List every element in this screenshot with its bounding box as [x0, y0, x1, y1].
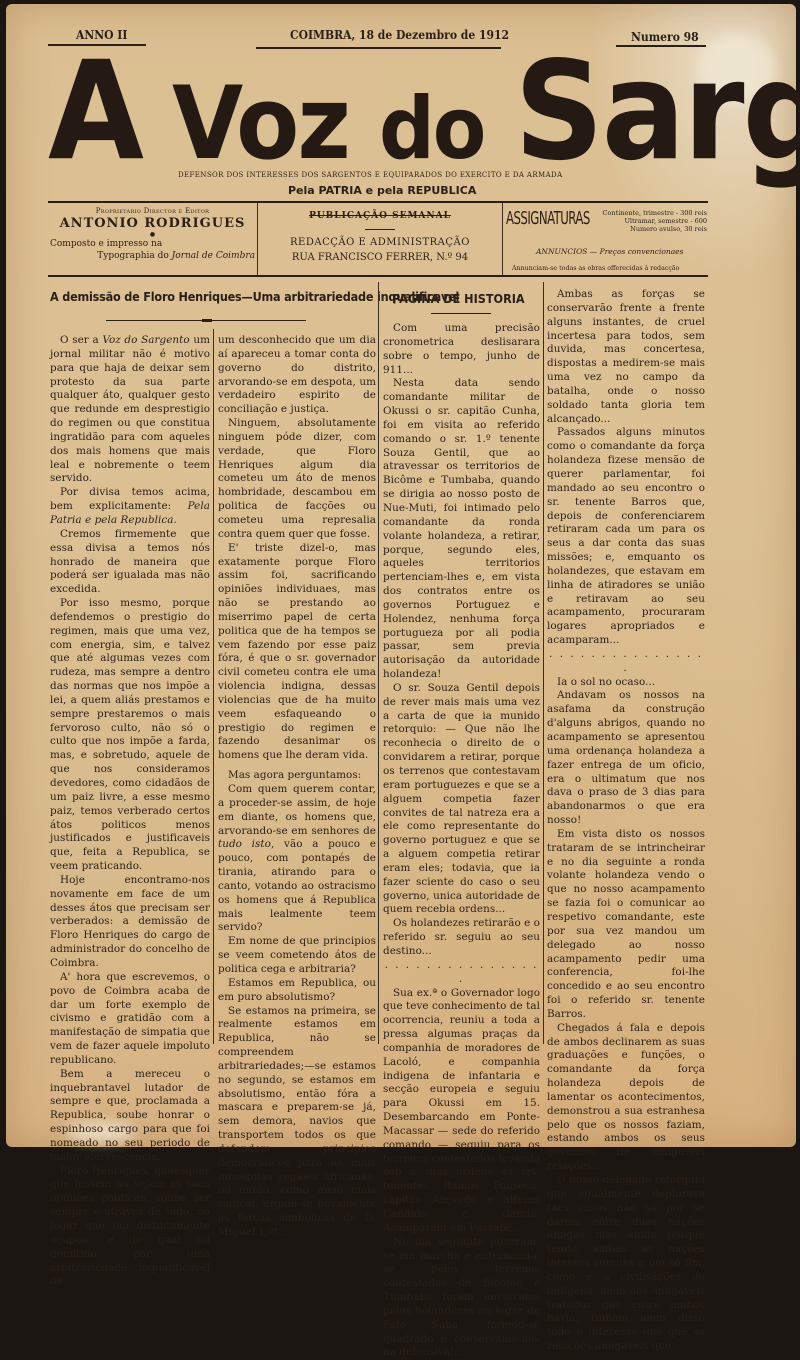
paragraph: Em nome de que principios se veem comete…: [218, 935, 376, 977]
owner-name: ANTONIO RODRIGUES: [50, 216, 255, 231]
office-label: REDACÇÃO E ADMINISTRAÇÃO: [259, 236, 501, 249]
title-voz: Voz: [172, 65, 349, 183]
printed-line1: Composto e impresso na: [50, 239, 255, 251]
paragraph: Por divisa temos acima, bem explicitamen…: [50, 486, 210, 528]
paragraph: O ser a Voz do Sargento um jornal milita…: [50, 334, 210, 486]
publication-frequency: PUBLICAÇÃO SEMANAL: [259, 211, 501, 223]
masthead-title: A Voz do Sargento: [48, 46, 708, 178]
paragraph: Cremos firmemente que essa divisa a temo…: [50, 528, 210, 597]
paragraph: E' triste dizel-o, mas exatamente porque…: [218, 542, 376, 764]
paragraph: Chegados á fala e depois de ambos declin…: [547, 1022, 705, 1152]
office-address: RUA FRANCISCO FERRER, N.º 94: [259, 251, 501, 264]
printed-line2: Typographia do Jornal de Coimbra: [50, 251, 255, 263]
paragraph: Os holandezes retirarão e o referido sr.…: [383, 917, 540, 959]
paragraph: Bem a mereceu o inquebrantavel lutador d…: [50, 1068, 210, 1152]
emphasis: Voz do Sargento: [102, 334, 189, 346]
emphasis: Pela Patria e pela Republica.: [50, 500, 210, 526]
owner-block: Proprietario Director e Editor ANTONIO R…: [50, 207, 255, 262]
title-sargento: Sargento: [514, 33, 800, 191]
paragraph: A' hora que escrevemos, o povo de Coimbr…: [50, 971, 210, 1068]
publication-block: PUBLICAÇÃO SEMANAL REDACÇÃO E ADMINISTRA…: [259, 211, 501, 264]
column-divider: [213, 329, 214, 1044]
paragraph: Com quem querem contar, a proceder-se as…: [218, 783, 376, 935]
article2-column2: Ambas as forças se conservarão frente a …: [547, 288, 705, 1152]
divider: [502, 203, 503, 275]
divider: [257, 203, 258, 275]
rate-item: Ultramar, semestre - 600: [592, 217, 707, 225]
article2-headline: PAGINA DE HISTORIA: [392, 291, 525, 306]
paragraph: Mas agora perguntamos:: [218, 769, 376, 783]
small-rule: [365, 229, 395, 230]
paragraph: Por isso mesmo, porque defendemos o pres…: [50, 597, 210, 874]
bullet: ●: [50, 231, 255, 239]
paragraph: O sr. Souza Gentil depois de rever mais …: [383, 682, 540, 917]
ads-label: ANNUNCIOS — Preços convencionaes: [536, 247, 683, 256]
article1-column1: O ser a Voz do Sargento um jornal milita…: [50, 334, 210, 1152]
rule: [48, 275, 708, 277]
motto: Pela PATRIA e pela REPUBLICA: [288, 184, 476, 197]
title-a: A: [48, 33, 142, 191]
article1-column2: um desconhecido que um dia aí apareceu a…: [218, 334, 376, 1152]
paragraph: Em vista disto os nossos trataram de se …: [547, 828, 705, 1022]
ads-note: Annunciam-se todas as obras offerecidas …: [512, 265, 679, 272]
rule: [202, 319, 212, 322]
rate-item: Continente, trimestre - 300 reis: [592, 209, 707, 217]
subscriptions-label: ASSIGNATURAS: [506, 209, 590, 229]
paragraph: Ninguem, absolutamente ninguem póde dize…: [218, 417, 376, 542]
paragraph: Sua ex.ª o Governador logo que teve conh…: [383, 987, 540, 1153]
column-divider: [378, 282, 379, 1044]
subtitle: DEFENSOR DOS INTERESSES DOS SARGENTOS E …: [178, 171, 563, 179]
paragraph: Hoje encontramo-nos novamente em face de…: [50, 874, 210, 971]
rule: [48, 201, 708, 203]
emphasis: tudo isto: [218, 838, 271, 850]
paragraph: um desconhecido que um dia aí apareceu a…: [218, 334, 376, 417]
section-break: . . . . . . . . . . . . . . . .: [383, 959, 540, 987]
rule: [431, 313, 491, 314]
newspaper-page: ANNO II COIMBRA, 18 de Dezembro de 1912 …: [6, 4, 796, 1147]
printer-name: Jornal de Coimbra: [172, 251, 255, 261]
paragraph: Andavam os nossos na asafama da construç…: [547, 689, 705, 827]
title-do: do: [379, 80, 484, 179]
paragraph: Ambas as forças se conservarão frente a …: [547, 288, 705, 426]
column-divider: [543, 282, 544, 1044]
section-break: . . . . . . . . . . . . . . . .: [547, 648, 705, 676]
rate-item: Numero avulso, 30 reis: [592, 225, 707, 233]
article2-column1: Com uma precisão cronometrica deslisarar…: [383, 322, 540, 1152]
dateline: COIMBRA, 18 de Dezembro de 1912: [290, 28, 509, 42]
paragraph: Nesta data sendo comandante militar de O…: [383, 377, 540, 682]
paragraph: Passados alguns minutos como o comandant…: [547, 426, 705, 648]
paragraph: Estamos em Republica, ou em puro absolut…: [218, 977, 376, 1005]
paragraph: Com uma precisão cronometrica deslisarar…: [383, 322, 540, 377]
owner-role: Proprietario Director e Editor: [50, 207, 255, 216]
rates-list: Continente, trimestre - 300 reis Ultrama…: [592, 209, 707, 233]
printed-prefix: Typographia do: [97, 251, 171, 261]
paragraph: Se estamos na primeira, se realmente est…: [218, 1005, 376, 1153]
paragraph: Ia o sol no ocaso...: [547, 676, 705, 690]
